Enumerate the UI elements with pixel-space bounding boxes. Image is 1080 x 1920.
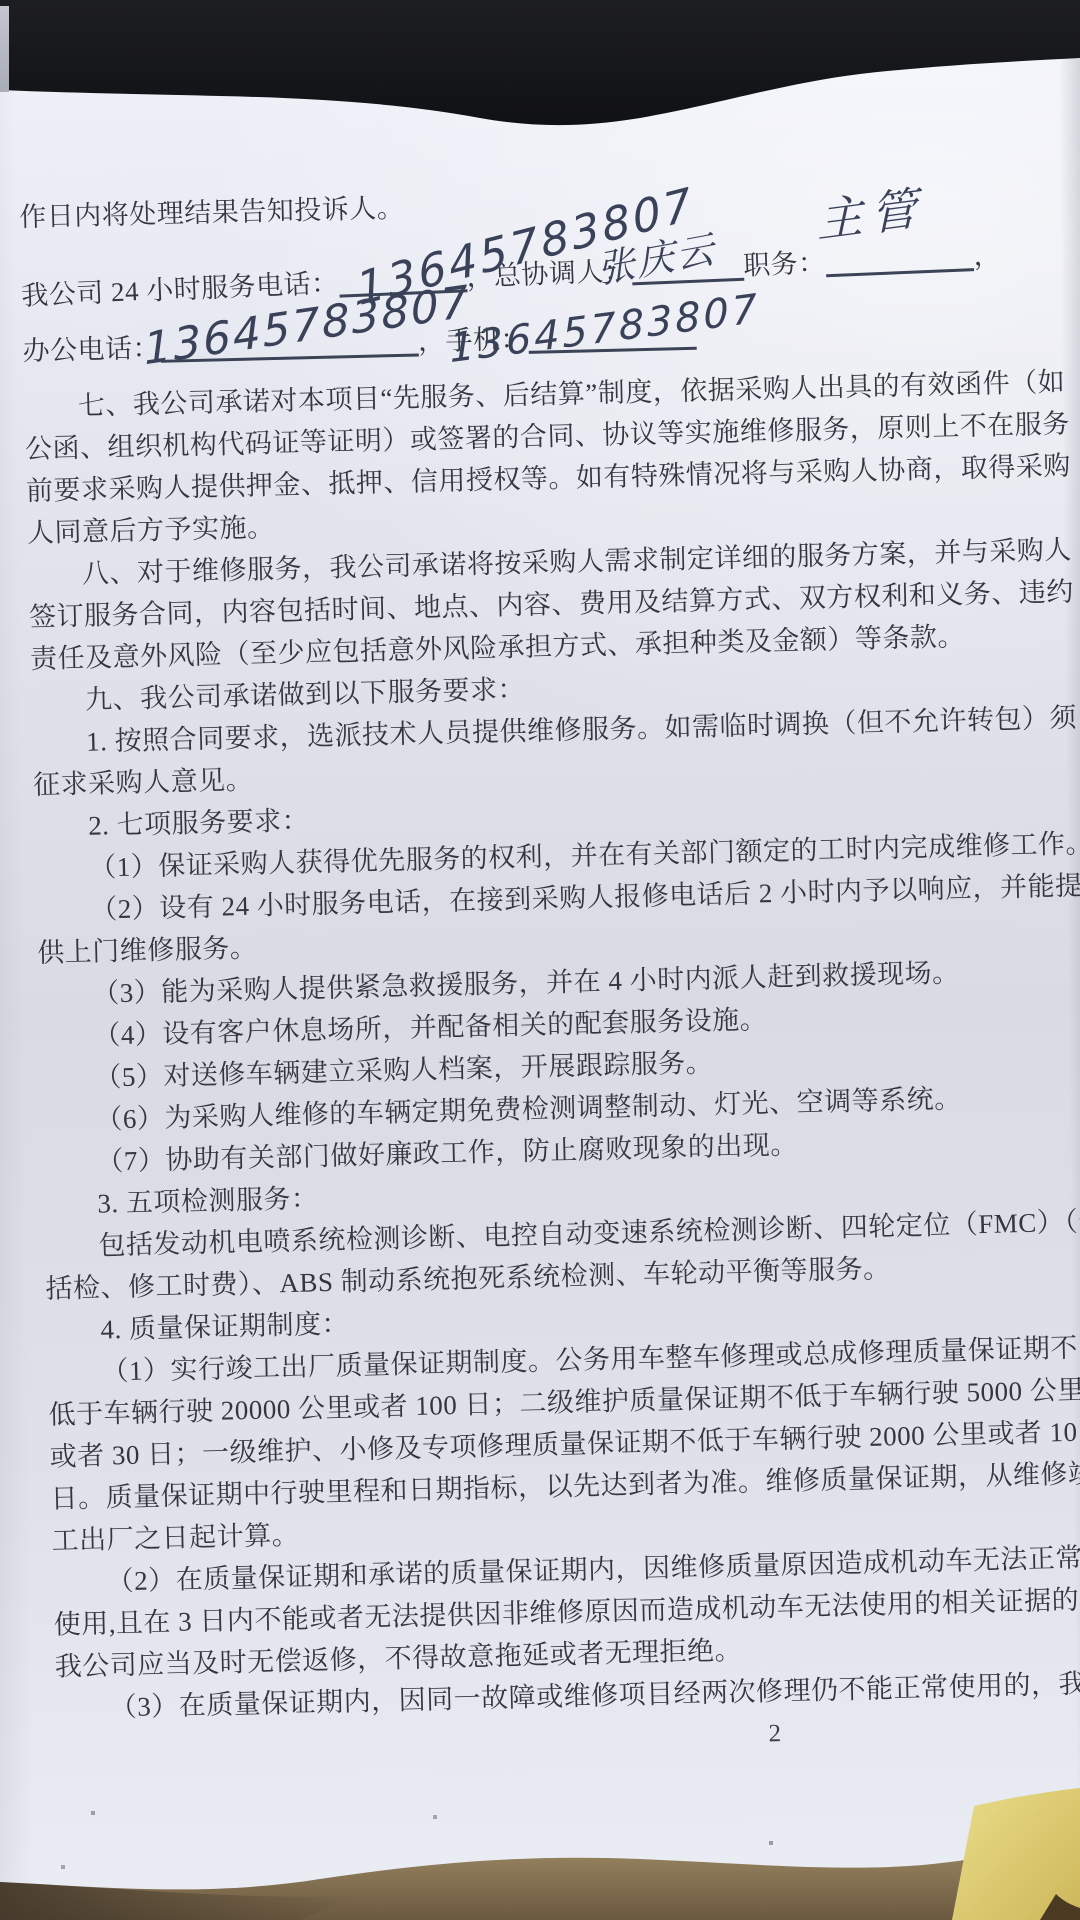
- dust-specks: [0, 0, 2, 2]
- car-seat-bottom: [0, 1778, 1080, 1920]
- mobile-phone-blank: [527, 313, 696, 354]
- title-blank: [825, 234, 974, 277]
- coordinator-label: 总协调人：: [493, 255, 632, 291]
- document-lines: 七、我公司承诺对本项目“先服务、后结算”制度，依据采购人出具的有效函件（如公函、…: [23, 362, 1064, 1730]
- dark-fabric-top: [0, 0, 1080, 150]
- document-text: 作日内将处理结果告知投诉人。 我公司 24 小时服务电话：，总协调人：职务：， …: [19, 172, 1065, 1766]
- service-phone-label: 我公司 24 小时服务电话：: [21, 268, 339, 311]
- trailing-comma: ，: [973, 240, 1002, 271]
- photo-background: 作日内将处理结果告知投诉人。 我公司 24 小时服务电话：，总协调人：职务：， …: [0, 0, 1080, 1920]
- paper-edge-sliver: [0, 6, 9, 92]
- mobile-label: ，手机：: [418, 324, 529, 357]
- coordinator-blank: [630, 244, 743, 286]
- service-phone-blank: [338, 255, 467, 297]
- comma: ，: [466, 261, 495, 292]
- office-phone-label: 办公电话：: [22, 333, 160, 366]
- title-label: 职务：: [743, 247, 827, 280]
- office-phone-blank: [160, 320, 419, 363]
